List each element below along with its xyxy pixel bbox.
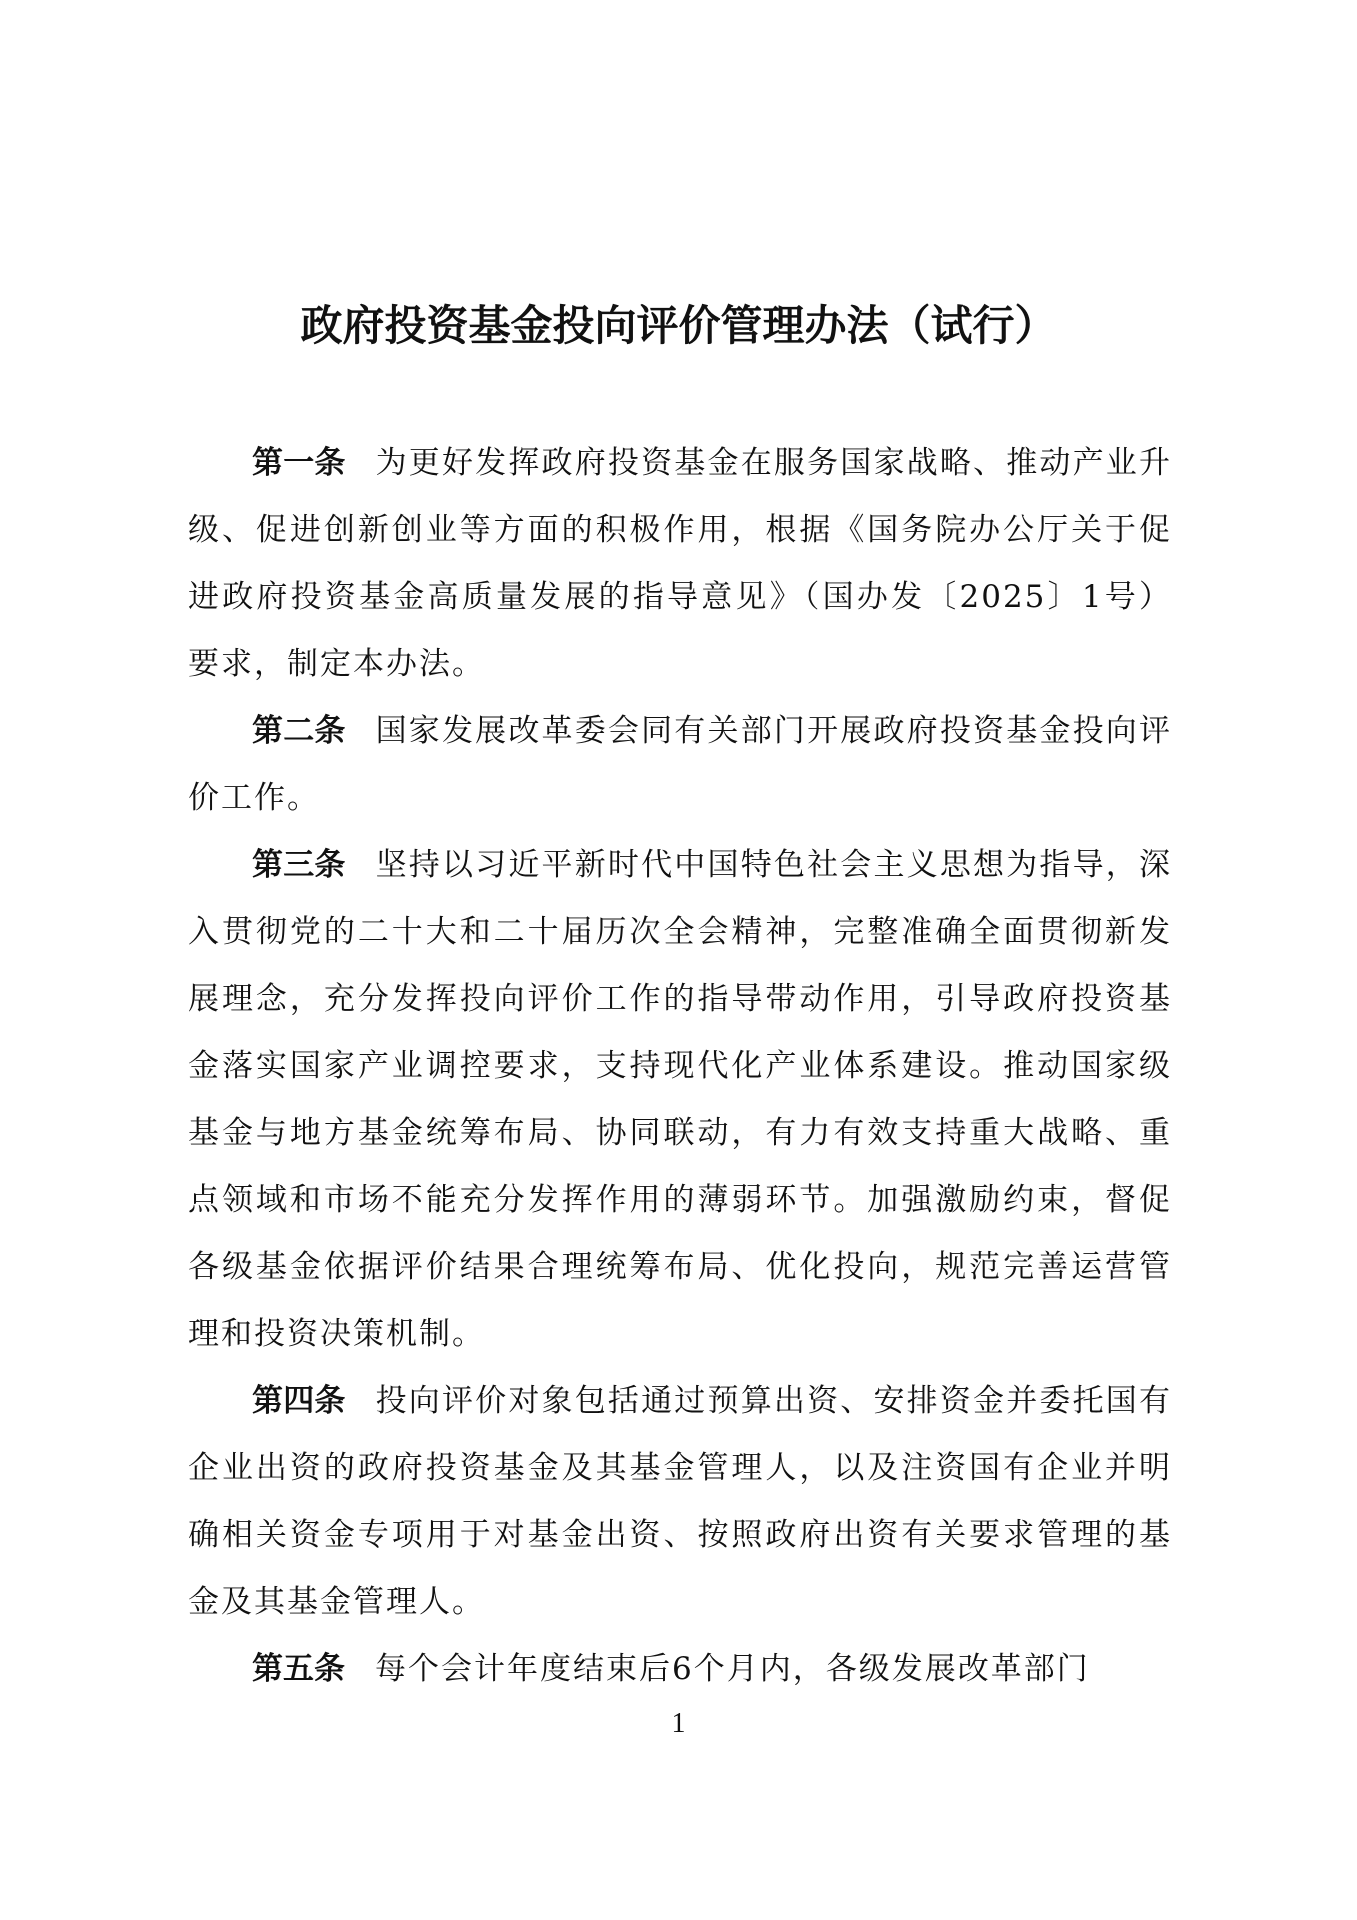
document-title: 政府投资基金投向评价管理办法（试行） <box>0 296 1357 356</box>
document-page: 政府投资基金投向评价管理办法（试行） 第一条为更好发挥政府投资基金在服务国家战略… <box>0 0 1357 1920</box>
article-5: 第五条每个会计年度结束后6个月内，各级发展改革部门 <box>188 1636 1172 1703</box>
article-number: 第二条 <box>252 713 346 749</box>
article-number: 第五条 <box>252 1651 345 1687</box>
article-4: 第四条投向评价对象包括通过预算出资、安排资金并委托国有企业出资的政府投资基金及其… <box>188 1368 1172 1636</box>
article-1: 第一条为更好发挥政府投资基金在服务国家战略、推动产业升级、促进创新创业等方面的积… <box>188 430 1172 698</box>
page-number: 1 <box>0 1706 1357 1742</box>
article-number: 第一条 <box>252 445 346 481</box>
article-number: 第四条 <box>252 1383 346 1419</box>
article-text: 每个会计年度结束后6个月内，各级发展改革部门 <box>375 1651 1090 1687</box>
article-2: 第二条国家发展改革委会同有关部门开展政府投资基金投向评价工作。 <box>188 698 1172 832</box>
document-body: 第一条为更好发挥政府投资基金在服务国家战略、推动产业升级、促进创新创业等方面的积… <box>188 430 1172 1703</box>
article-number: 第三条 <box>252 847 346 883</box>
article-3: 第三条坚持以习近平新时代中国特色社会主义思想为指导，深入贯彻党的二十大和二十届历… <box>188 832 1172 1368</box>
article-text: 坚持以习近平新时代中国特色社会主义思想为指导，深入贯彻党的二十大和二十届历次全会… <box>188 847 1172 1352</box>
